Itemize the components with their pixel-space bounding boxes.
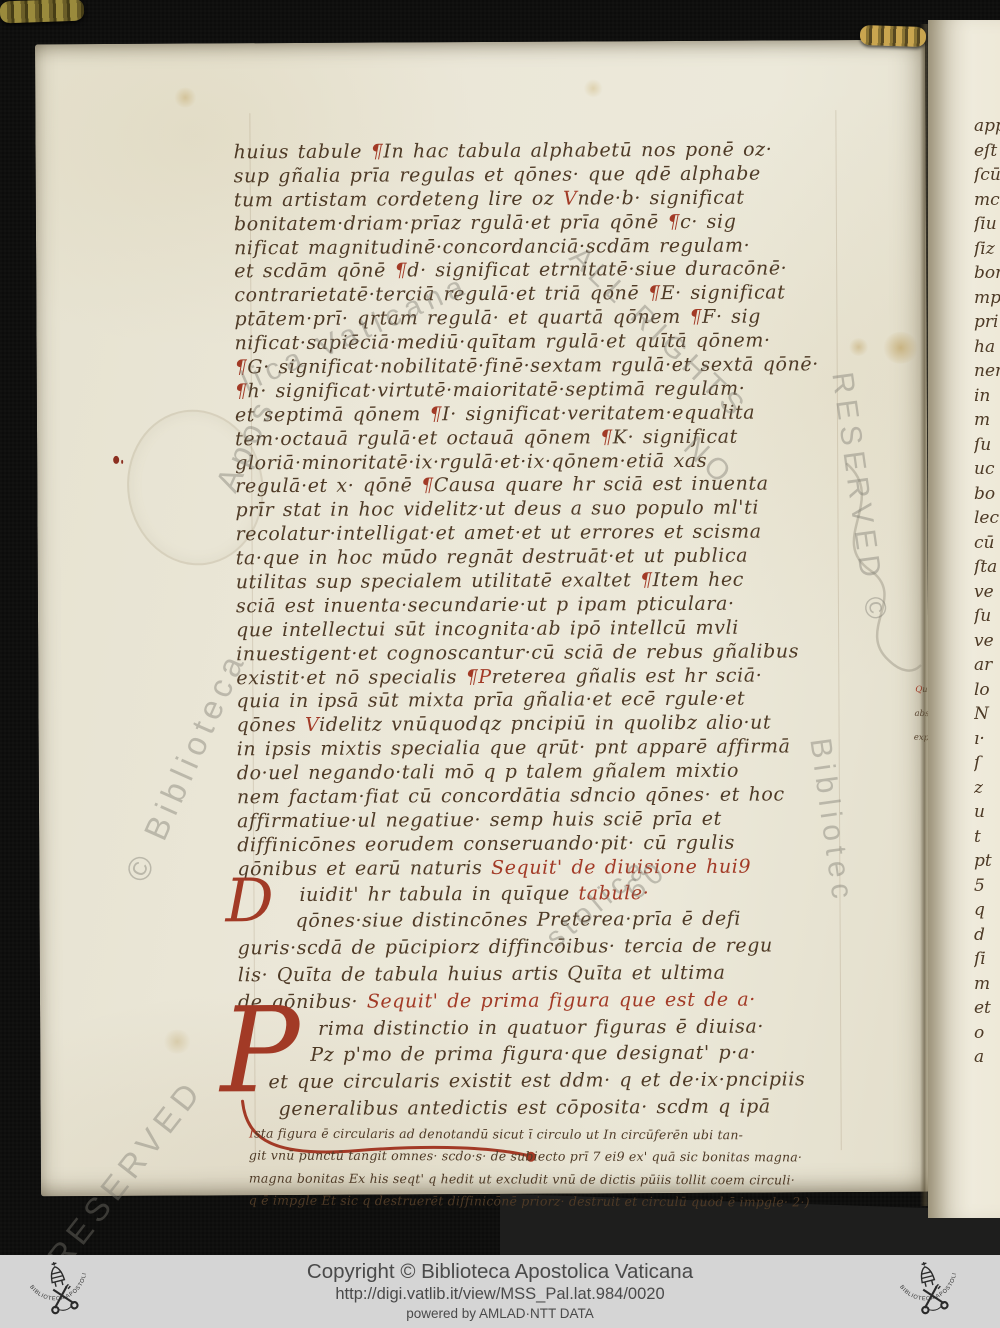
headband — [860, 25, 927, 47]
emblem-arc-text: BIBLIOTECA APOSTOLICA VATICANA — [889, 1250, 964, 1311]
svg-text:BIBLIOTECA APOSTOLICA VATICANA: BIBLIOTECA APOSTOLICA VATICANA — [889, 1250, 964, 1311]
manuscript-line: rima distinctio in quatuor figuras ē diu… — [238, 1013, 838, 1043]
powered-by-line: powered by AMLAD·NTT DATA — [406, 1305, 594, 1323]
edge-text-fragment: m — [974, 410, 1000, 430]
initial-capital-d: D — [225, 871, 273, 931]
emblem-arc-text: BIBLIOTECA APOSTOLICA VATICANA — [19, 1250, 94, 1311]
manuscript-line: que intellectui sūt incognita·ab ipō int… — [236, 616, 836, 643]
manuscript-line: qōnes Videlitz vnūquodqz pncipiū in quol… — [237, 712, 837, 739]
edge-text-fragment: uc — [974, 459, 1000, 479]
manuscript-line: tum artistam cordeteng lire oz Vnde·b· s… — [234, 186, 834, 213]
manuscript-line: tem·octauā rgulā·et octauā qōnem ¶K· sig… — [235, 425, 835, 452]
manuscript-line: ta·que in hoc mūdo regnāt destruāt·et ut… — [236, 544, 836, 571]
edge-text-fragment: ſi — [974, 949, 1000, 969]
edge-text-fragment: ſiz — [974, 239, 1000, 259]
manuscript-line: iuidit' hr tabula in quīque tabule· — [237, 879, 837, 909]
manuscript-line: sup gñalia prīa regulas et qōnes· que qd… — [234, 162, 834, 189]
edge-text-fragment: ſu — [974, 606, 1000, 626]
manuscript-line: quia in ipsā sūt mixta prīa gñalia·et ec… — [236, 688, 836, 715]
manuscript-line: recolatur·intelligat·et amet·et ut error… — [236, 520, 836, 547]
stain — [883, 332, 919, 364]
edge-text-fragment: ve — [974, 631, 1000, 651]
edge-text-fragment: lo — [974, 680, 1000, 700]
manuscript-line: nificat magnitudinē·concordanciā·scdām r… — [234, 234, 834, 261]
edge-text-fragment: cū — [974, 533, 1000, 553]
edge-text-fragment: bo — [974, 484, 1000, 504]
manuscript-line: et scdām qōnē ¶d· significat etrnitatē·s… — [234, 258, 834, 285]
edge-text-fragment: o — [974, 1023, 1000, 1043]
edge-text-fragment: z — [974, 778, 1000, 798]
manuscript-line: lis· Quīta de tabula huius artis Quīta e… — [238, 959, 838, 989]
manuscript-line: ¶h· significat·virtutē·maioritatē·septim… — [235, 377, 835, 404]
manuscript-line: et septimā qōnem ¶I· significat·veritate… — [235, 401, 835, 428]
text-block: huius tabule ¶In hac tabula alphabetū no… — [234, 138, 839, 1123]
edge-text-fragment: ſ — [974, 753, 1000, 773]
edge-text-fragment: mc — [974, 190, 1000, 210]
manuscript-line: sciā est inuenta·secundarie·ut p ipam pt… — [236, 592, 836, 619]
edge-text-fragment: m — [974, 974, 1000, 994]
manuscript-line: de qōnibus· Sequit' de prima figura que … — [238, 986, 838, 1016]
edge-text-fragment: u — [974, 802, 1000, 822]
stain — [583, 79, 603, 97]
edge-text-fragment: lec — [974, 508, 1000, 528]
vatican-emblem-icon: BIBLIOTECA APOSTOLICA VATICANA — [19, 1250, 104, 1328]
url-line: http://digi.vatlib.it/view/MSS_Pal.lat.9… — [335, 1284, 664, 1305]
edge-text-fragment: N — [974, 704, 1000, 724]
manuscript-line: contrarietatē·terciā regulā·et triā qōnē… — [234, 282, 834, 309]
manuscript-line: do·uel negando·tali mō q p talem gñalem … — [237, 759, 837, 786]
manuscript-line: utilitas sup specialem utilitatē exaltet… — [236, 568, 836, 595]
stain — [162, 1030, 192, 1054]
manuscript-line: huius tabule ¶In hac tabula alphabetū no… — [234, 138, 834, 165]
manuscript-line: ¶G· significat·nobilitatē·finē·sextam rg… — [235, 353, 835, 380]
digitized-manuscript-viewer: huius tabule ¶In hac tabula alphabetū no… — [0, 0, 1000, 1328]
manuscript-line: affirmatiue·ul negatiue· semp huis sciē … — [237, 807, 837, 834]
manuscript-line: gloriā·minoritatē·ix·rgulā·et·ix·qōnem·e… — [235, 449, 835, 476]
manuscript-line: magna bonitas Ex his seqt' q hedit ut ex… — [249, 1167, 869, 1191]
edge-text-fragment: ha — [974, 337, 1000, 357]
pen-flourish — [807, 460, 928, 691]
edge-text-fragment: in — [974, 386, 1000, 406]
manuscript-line: nificat·sapiēciā·mediū·quītam rgulā·et q… — [235, 329, 835, 356]
edge-text-fragment: q — [974, 900, 1000, 920]
edge-text-fragment: ar — [974, 655, 1000, 675]
stain — [173, 87, 197, 107]
edge-text-fragment: et — [974, 998, 1000, 1018]
edge-text-fragment: app — [974, 116, 1000, 136]
manuscript-line: nem factam·fiat cū concordātia sdncio qō… — [237, 783, 837, 810]
manuscript-line: Pz p'mo de prima figura·que designat' p·… — [238, 1040, 838, 1070]
edge-text-fragment: ſta — [974, 557, 1000, 577]
manuscript-line: guris·scdā de pūcipiorz diffincōibus· te… — [238, 932, 838, 962]
edge-text-fragment: pt — [974, 851, 1000, 871]
manuscript-line: bonitatem·driam·prīaz rgulā·et prīa qōnē… — [234, 210, 834, 237]
manuscript-line: ptātem·prī· qrtam regulā· et quartā qōne… — [234, 305, 834, 332]
edge-text-fragment: bor — [974, 263, 1000, 283]
copyright-text-group: Copyright © Biblioteca Apostolica Vatica… — [307, 1260, 693, 1323]
edge-text-fragment: eſt — [974, 141, 1000, 161]
facing-page-fragments: appeſtſcūmcſiuſizbormpprihanerinmſuucbol… — [928, 0, 1000, 1255]
edge-text-fragment: ı· — [974, 729, 1000, 749]
vatican-emblem-icon: BIBLIOTECA APOSTOLICA VATICANA — [889, 1250, 974, 1328]
edge-text-fragment: a — [974, 1047, 1000, 1067]
edge-text-fragment: pri — [974, 312, 1000, 332]
stain — [849, 338, 869, 356]
manuscript-line: qōnibus et earū naturis Sequit' de diuis… — [237, 855, 837, 882]
manuscript-line: prīr stat in hoc videlitz·ut deus a suo … — [235, 497, 835, 524]
edge-text-fragment: 5 — [974, 876, 1000, 896]
manuscript-line: git vnū punctū tangit omnes· scdo·s· de … — [249, 1145, 869, 1169]
manuscript-page-verso: huius tabule ¶In hac tabula alphabetū no… — [35, 40, 931, 1197]
red-ink-spot — [113, 456, 119, 464]
edge-text-fragment: ſu — [974, 435, 1000, 455]
manuscript-line: q ē impgle Et sic q destruerēt diffinicō… — [249, 1189, 869, 1213]
manuscript-line: qōnes·siue distincōnes Preterea·prīa ē d… — [238, 906, 838, 936]
manuscript-line: in ipsis mixtis specialia que qrūt· pnt … — [237, 735, 837, 762]
manuscript-line: existit·et nō specialis ¶Preterea gñalis… — [236, 664, 836, 691]
edge-text-fragment: ſiu — [974, 214, 1000, 234]
copyright-bar: BIBLIOTECA APOSTOLICA VATICANA Copyright… — [0, 1255, 1000, 1328]
svg-text:BIBLIOTECA APOSTOLICA VATICANA: BIBLIOTECA APOSTOLICA VATICANA — [19, 1250, 94, 1311]
footnote-block: Ista figura ē circularis ad denotandū si… — [249, 1123, 869, 1214]
edge-text-fragment: t — [974, 827, 1000, 847]
copyright-line: Copyright © Biblioteca Apostolica Vatica… — [307, 1260, 693, 1284]
manuscript-line: inuestigent·et cognoscantur·cū sciā de r… — [236, 640, 836, 667]
manuscript-line: Ista figura ē circularis ad denotandū si… — [249, 1123, 869, 1147]
manuscript-line: regulā·et x· qōnē ¶Causa quare hr sciā e… — [235, 473, 835, 500]
tailband — [0, 0, 84, 23]
edge-text-fragment: mp — [974, 288, 1000, 308]
manuscript-line: diffinicōnes eorudem conseruando·pit· cū… — [237, 831, 837, 858]
edge-text-fragment: ve — [974, 582, 1000, 602]
edge-text-fragment: ſcū — [974, 165, 1000, 185]
edge-text-fragment: ner — [974, 361, 1000, 381]
edge-text-fragment: d — [974, 925, 1000, 945]
